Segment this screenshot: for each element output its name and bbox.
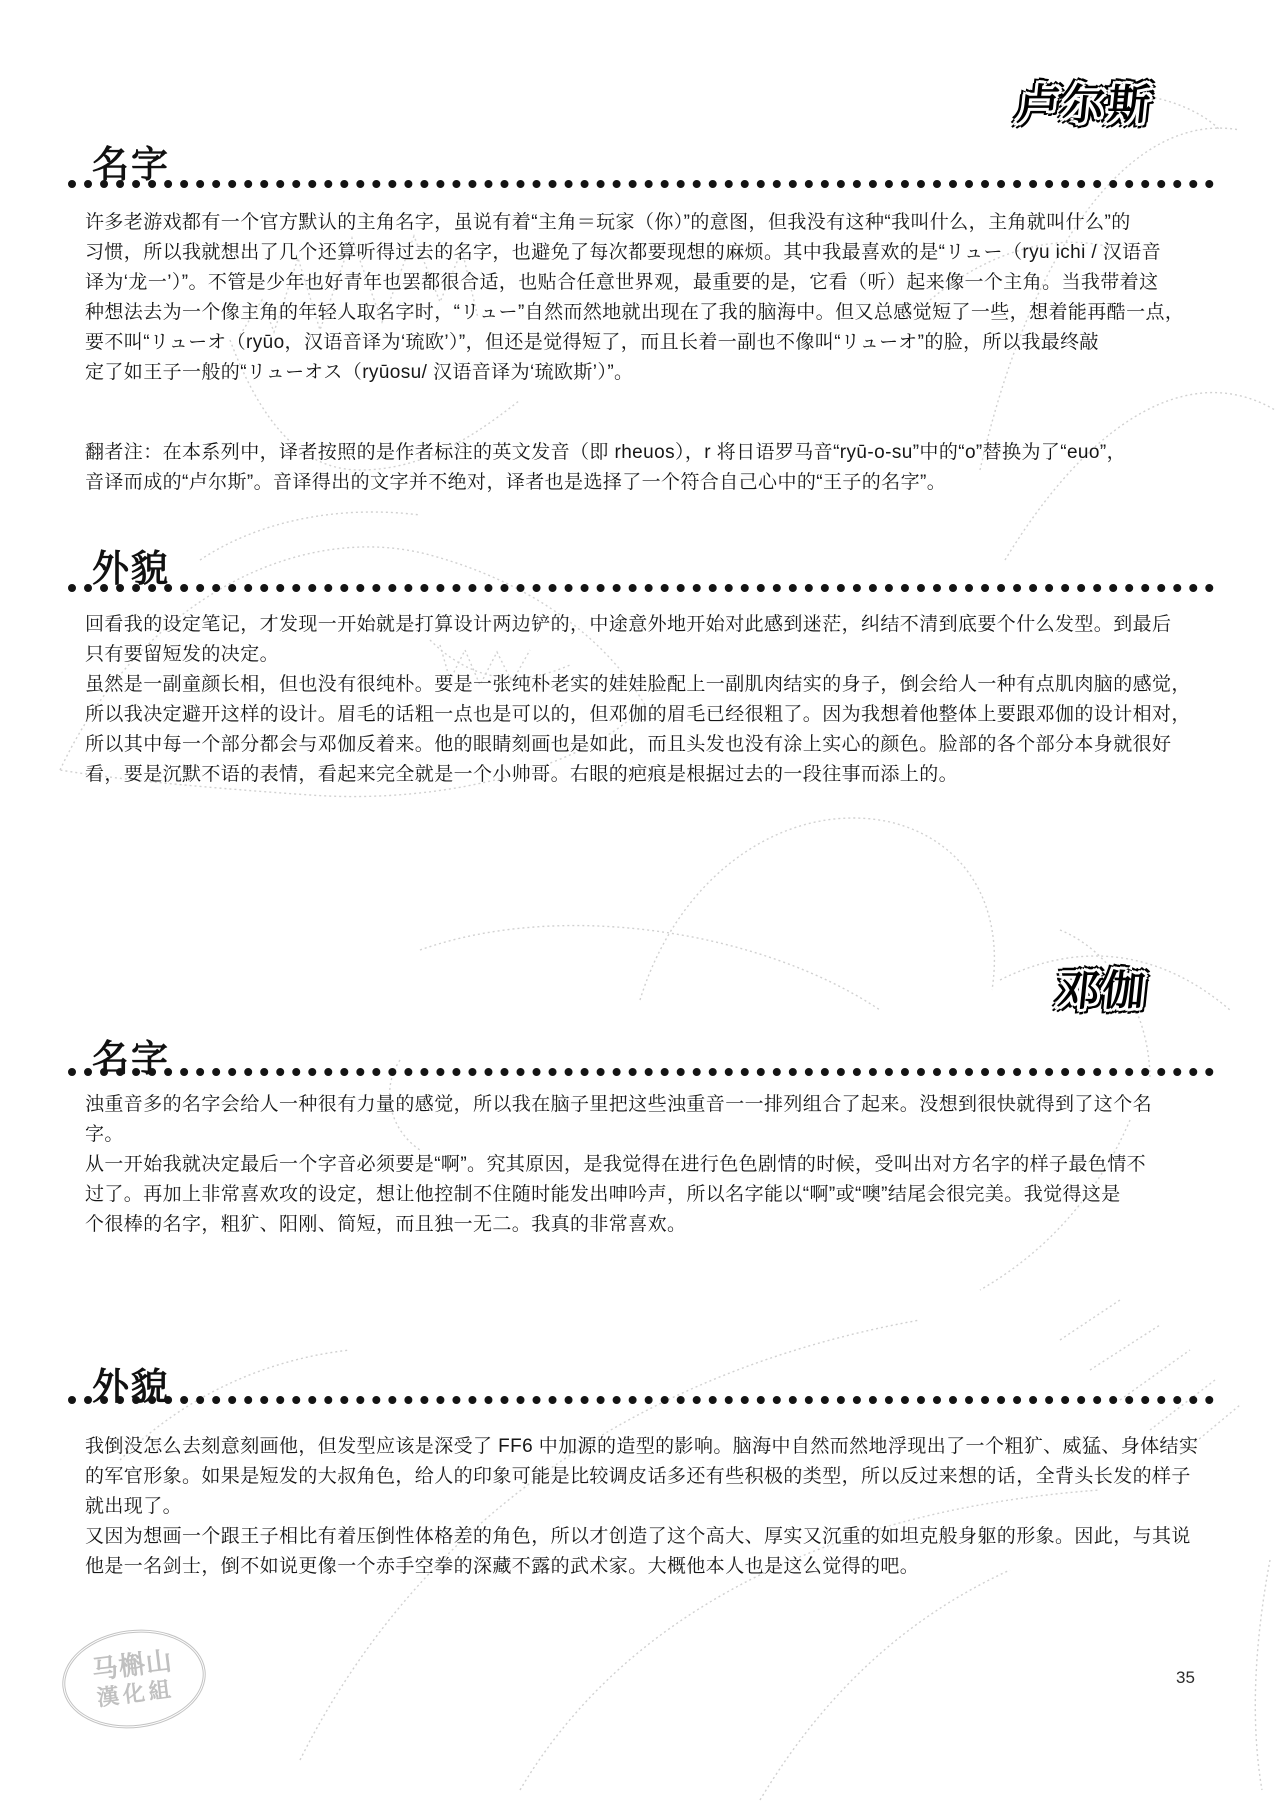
dotted-divider [68, 180, 1214, 188]
dotted-divider [68, 1396, 1214, 1404]
page-number: 35 [1176, 1668, 1195, 1688]
translation-group-watermark-stamp: 马槲山 漢化組 [57, 1622, 212, 1737]
character-title-rheuos: 卢尔斯 [1015, 72, 1156, 132]
paragraph-name-1: 许多老游戏都有一个官方默认的主角名字，虽说有着“主角＝玩家（你）”的意图，但我没… [85, 208, 1217, 388]
translator-note: 翻者注：在本系列中，译者按照的是作者标注的英文发音（即 rheuos），r 将日… [85, 438, 1217, 498]
dotted-divider [68, 1068, 1214, 1076]
page-content: 卢尔斯 名字 许多老游戏都有一个官方默认的主角名字，虽说有着“主角＝玩家（你）”… [0, 0, 1280, 1808]
dotted-divider [68, 584, 1214, 592]
character-title-dengga: 邓伽 [1055, 958, 1151, 1018]
document-page: 卢尔斯 名字 许多老游戏都有一个官方默认的主角名字，虽说有着“主角＝玩家（你）”… [0, 0, 1280, 1808]
paragraph-name-2: 浊重音多的名字会给人一种很有力量的感觉，所以我在脑子里把这些浊重音一一排列组合了… [85, 1090, 1217, 1240]
paragraph-appearance-1: 回看我的设定笔记，才发现一开始就是打算设计两边铲的，中途意外地开始对此感到迷茫，… [85, 610, 1217, 790]
paragraph-appearance-2: 我倒没怎么去刻意刻画他，但发型应该是深受了 FF6 中加源的造型的影响。脑海中自… [85, 1432, 1217, 1582]
